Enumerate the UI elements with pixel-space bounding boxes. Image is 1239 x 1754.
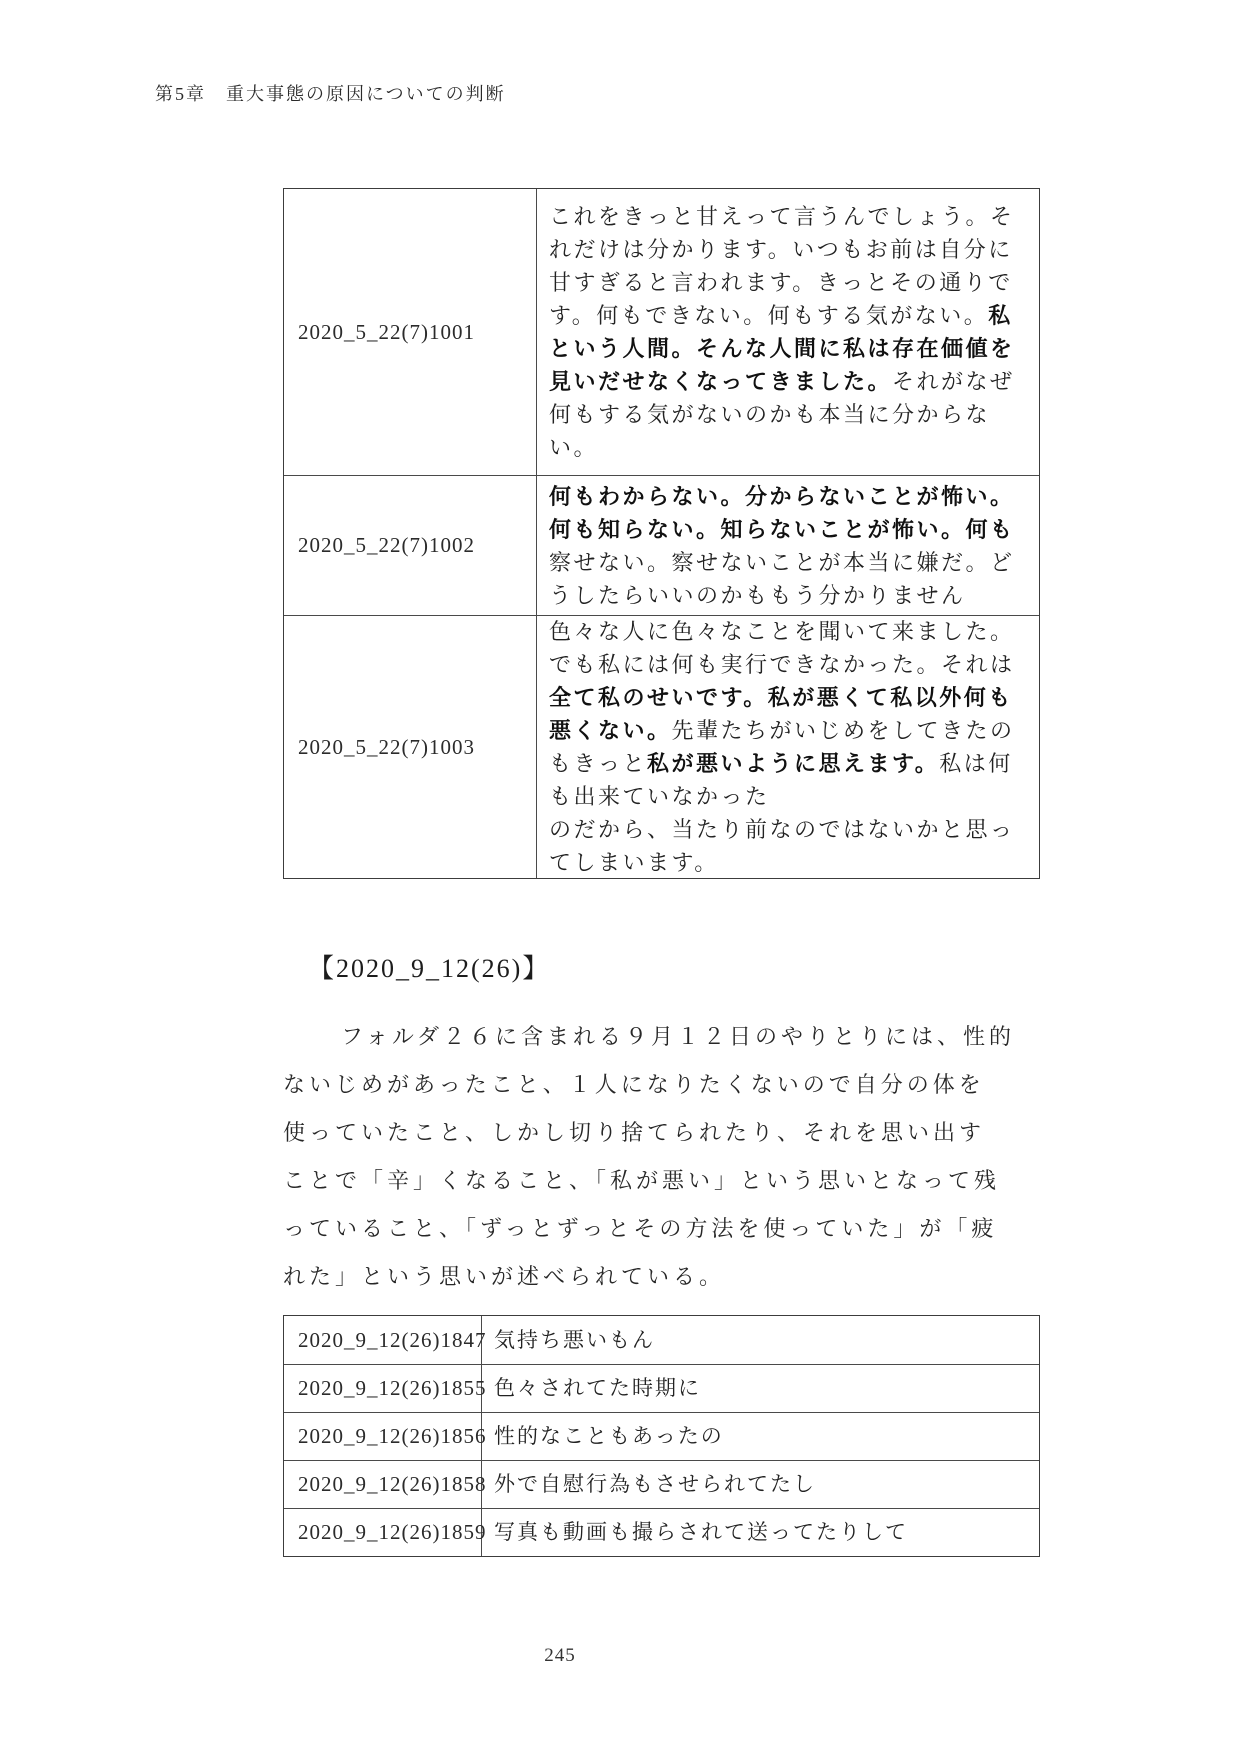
text-segment: でも私には何も実行できなかった。それは: [549, 652, 1015, 677]
text-segment: も出来ていなかった: [549, 784, 770, 809]
table-row: 2020_9_12(26)1847気持ち悪いもん: [284, 1316, 1039, 1364]
bold-segment: 私が悪いように思えます。: [647, 751, 939, 776]
page-number: 245: [480, 1645, 640, 1667]
text-line: 察せない。察せないことが本当に嫌だ。ど: [549, 546, 1031, 579]
table-row: 2020_5_22(7)1003色々な人に色々なことを聞いて来ました。でも私には…: [284, 615, 1039, 878]
text-line: うしたらいいのかももう分かりません: [549, 579, 1031, 612]
paragraph-line: 使っていたこと、しかし切り捨てられたり、それを思い出す: [283, 1109, 1013, 1157]
text-segment: それがなぜ: [892, 369, 1015, 394]
paragraph-line: ことで「辛」くなること、「私が悪い」という思いとなって残: [283, 1157, 1013, 1205]
table-row: 2020_9_12(26)1856性的なこともあったの: [284, 1412, 1039, 1460]
section-paragraph: フォルダ２６に含まれる９月１２日のやりとりには、性的ないじめがあったこと、１人に…: [283, 1013, 1013, 1301]
row-id-cell: 2020_5_22(7)1003: [284, 616, 537, 878]
text-line: も出来ていなかった: [549, 780, 1031, 813]
text-line: 悪くない。先輩たちがいじめをしてきたの: [549, 714, 1031, 747]
paragraph-line: ないじめがあったこと、１人になりたくないので自分の体を: [283, 1061, 1013, 1109]
text-segment: 甘すぎると言われます。きっとその通りで: [549, 270, 1013, 295]
section-heading: 【2020_9_12(26)】: [308, 948, 550, 985]
table-row: 2020_9_12(26)1858外で自慰行為もさせられてたし: [284, 1460, 1039, 1508]
text-segment: 何もする気がないのかも本当に分からな: [549, 402, 990, 427]
text-segment: のだから、当たり前なのではないかと思っ: [549, 817, 1015, 842]
text-line: い。: [549, 431, 1031, 464]
row-id-cell: 2020_9_12(26)1859: [284, 1509, 482, 1556]
text-segment: てしまいます。: [549, 850, 719, 875]
table-row: 2020_5_22(7)1002何もわからない。分からないことが怖い。何も知らな…: [284, 475, 1039, 615]
text-segment: 先輩たちがいじめをしてきたの: [672, 718, 1015, 743]
chapter-header: 第5章 重大事態の原因についての判断: [155, 80, 506, 106]
row-text-cell: これをきっと甘えって言うんでしょう。それだけは分かります。いつもお前は自分に甘す…: [537, 189, 1039, 475]
text-line: という人間。そんな人間に私は存在価値を: [549, 332, 1031, 365]
text-line: 見いだせなくなってきました。それがなぜ: [549, 365, 1031, 398]
row-id-cell: 2020_9_12(26)1856: [284, 1413, 482, 1460]
paragraph-line: れた」という思いが述べられている。: [283, 1253, 1013, 1301]
text-line: 何もする気がないのかも本当に分からな: [549, 398, 1031, 431]
excerpt-table-september: 2020_9_12(26)1847気持ち悪いもん2020_9_12(26)185…: [283, 1315, 1040, 1557]
text-line: 何も知らない。知らないことが怖い。何も: [549, 513, 1031, 546]
text-segment: れだけは分かります。いつもお前は自分に: [549, 237, 1013, 262]
row-text-cell: 色々な人に色々なことを聞いて来ました。でも私には何も実行できなかった。それは全て…: [537, 616, 1039, 878]
text-segment: これをきっと甘えって言うんでしょう。そ: [549, 204, 1015, 229]
table-row: 2020_9_12(26)1859写真も動画も撮らされて送ってたりして: [284, 1508, 1039, 1556]
text-line: 色々な人に色々なことを聞いて来ました。: [549, 615, 1031, 648]
row-text-cell: 外で自慰行為もさせられてたし: [482, 1461, 1039, 1508]
bold-segment: 何もわからない。分からないことが怖い。: [549, 484, 1015, 509]
text-line: 何もわからない。分からないことが怖い。: [549, 480, 1031, 513]
bold-segment: 悪くない。: [549, 718, 672, 743]
text-segment: す。何もできない。何もする気がない。: [549, 303, 988, 328]
table-row: 2020_9_12(26)1855色々されてた時期に: [284, 1364, 1039, 1412]
text-line: す。何もできない。何もする気がない。私: [549, 299, 1031, 332]
bold-segment: 何も知らない。知らないことが怖い。何も: [549, 517, 1015, 542]
excerpt-table-may: 2020_5_22(7)1001これをきっと甘えって言うんでしょう。それだけは分…: [283, 188, 1040, 879]
text-line: でも私には何も実行できなかった。それは: [549, 648, 1031, 681]
text-line: 全て私のせいです。私が悪くて私以外何も: [549, 681, 1031, 714]
text-segment: い。: [549, 435, 598, 460]
text-segment: うしたらいいのかももう分かりません: [549, 583, 966, 608]
paragraph-line: フォルダ２６に含まれる９月１２日のやりとりには、性的: [283, 1013, 1013, 1061]
row-id-cell: 2020_5_22(7)1001: [284, 189, 537, 475]
row-text-cell: 気持ち悪いもん: [482, 1316, 1039, 1364]
table-row: 2020_5_22(7)1001これをきっと甘えって言うんでしょう。それだけは分…: [284, 189, 1039, 475]
text-line: てしまいます。: [549, 846, 1031, 879]
row-text-cell: 色々されてた時期に: [482, 1365, 1039, 1412]
row-text-cell: 写真も動画も撮らされて送ってたりして: [482, 1509, 1039, 1556]
text-segment: 私は何: [939, 751, 1013, 776]
text-line: 甘すぎると言われます。きっとその通りで: [549, 266, 1031, 299]
paragraph-line: っていること、「ずっとずっとその方法を使っていた」が「疲: [283, 1205, 1013, 1253]
row-id-cell: 2020_9_12(26)1847: [284, 1316, 482, 1364]
row-text-cell: 性的なこともあったの: [482, 1413, 1039, 1460]
text-segment: 色々な人に色々なことを聞いて来ました。: [549, 619, 1015, 644]
text-segment: 察せない。察せないことが本当に嫌だ。ど: [549, 550, 1015, 575]
row-id-cell: 2020_9_12(26)1855: [284, 1365, 482, 1412]
bold-segment: 見いだせなくなってきました。: [549, 369, 892, 394]
row-id-cell: 2020_9_12(26)1858: [284, 1461, 482, 1508]
text-line: のだから、当たり前なのではないかと思っ: [549, 813, 1031, 846]
row-id-cell: 2020_5_22(7)1002: [284, 476, 537, 615]
bold-segment: という人間。そんな人間に私は存在価値を: [549, 336, 1015, 361]
document-page: 第5章 重大事態の原因についての判断 2020_5_22(7)1001これをきっ…: [0, 0, 1239, 1754]
row-text-cell: 何もわからない。分からないことが怖い。何も知らない。知らないことが怖い。何も察せ…: [537, 476, 1039, 615]
text-segment: もきっと: [549, 751, 647, 776]
bold-segment: 全て私のせいです。私が悪くて私以外何も: [549, 685, 1013, 710]
text-line: れだけは分かります。いつもお前は自分に: [549, 233, 1031, 266]
text-line: もきっと私が悪いように思えます。私は何: [549, 747, 1031, 780]
bold-segment: 私: [988, 303, 1013, 328]
text-line: これをきっと甘えって言うんでしょう。そ: [549, 200, 1031, 233]
